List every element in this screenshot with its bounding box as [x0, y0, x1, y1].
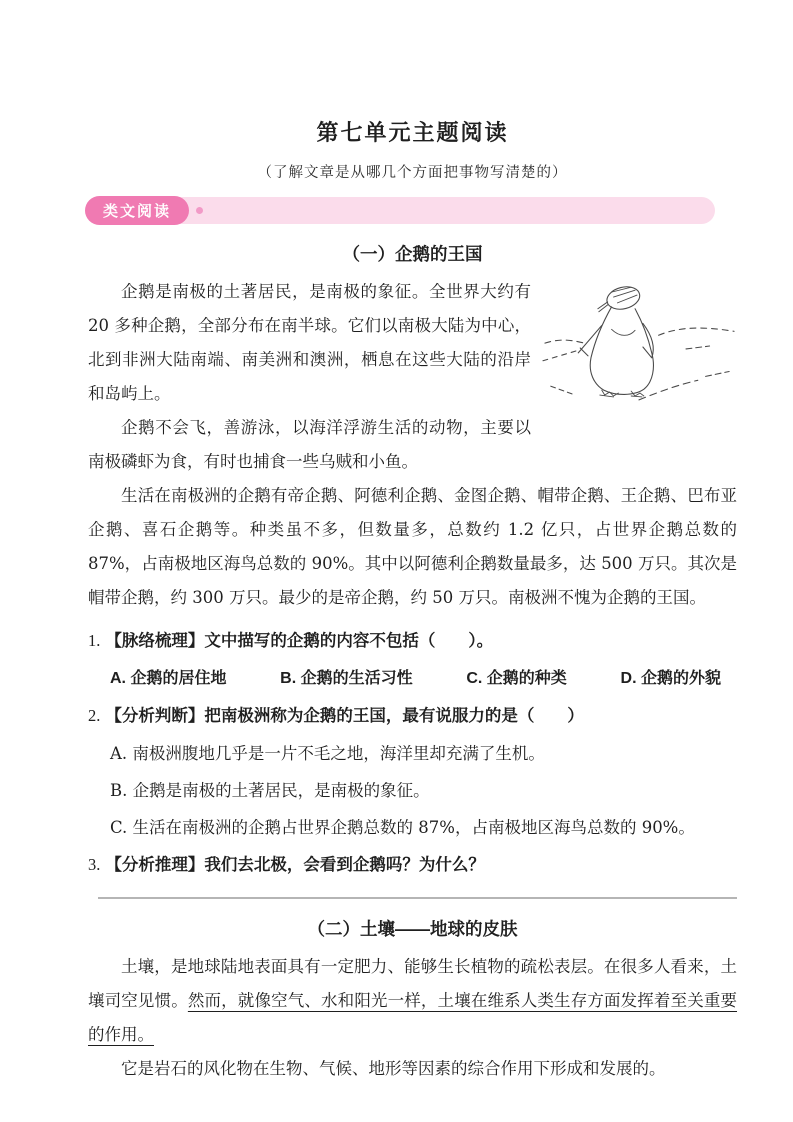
penguin-illustration — [541, 277, 737, 417]
section-divider — [98, 897, 737, 899]
question-2-option-a: A. 南极洲腹地几乎是一片不毛之地，海洋里却充满了生机。 — [88, 740, 737, 767]
question-3-number: 3. — [88, 855, 100, 874]
question-3-stem: 我们去北极，会看到企鹅吗？为什么？ — [204, 856, 485, 874]
passage-2-heading: （二）土壤——地球的皮肤 — [88, 916, 737, 941]
question-1-option-a: A. 企鹅的居住地 — [110, 665, 226, 692]
question-1-number: 1. — [88, 631, 100, 650]
page-subtitle: （了解文章是从哪几个方面把事物写清楚的） — [88, 161, 737, 182]
question-1-stem: 文中描写的企鹅的内容不包括（ ）。 — [204, 632, 493, 650]
question-2-number: 2. — [88, 706, 100, 725]
question-1: 1.【脉络梳理】文中描写的企鹅的内容不包括（ ）。 — [88, 627, 737, 655]
question-1-option-c: C. 企鹅的种类 — [466, 665, 566, 692]
passage-1-heading: （一）企鹅的王国 — [88, 241, 737, 266]
passage-1-questions: 1.【脉络梳理】文中描写的企鹅的内容不包括（ ）。 A. 企鹅的居住地 B. 企… — [88, 627, 737, 879]
passage-1-paragraph-2: 企鹅不会飞，善游泳，以海洋浮游生活的动物，主要以南极磷虾为食，有时也捕食一些乌贼… — [88, 411, 737, 479]
question-2-tag: 【分析判断】 — [105, 707, 204, 725]
page-title: 第七单元主题阅读 — [88, 116, 737, 147]
question-2-stem: 把南极洲称为企鹅的王国，最有说服力的是（ ） — [204, 707, 584, 725]
section-banner: 类文阅读 — [85, 197, 715, 224]
question-3-tag: 【分析推理】 — [105, 856, 204, 874]
worksheet-page: 第七单元主题阅读 （了解文章是从哪几个方面把事物写清楚的） 类文阅读 （一）企鹅… — [0, 0, 793, 1122]
passage-2-paragraph-2: 它是岩石的风化物在生物、气候、地形等因素的综合作用下形成和发展的。 — [88, 1052, 737, 1086]
badge-dot-icon — [196, 207, 203, 214]
reading-type-badge: 类文阅读 — [85, 196, 189, 225]
question-3: 3.【分析推理】我们去北极，会看到企鹅吗？为什么？ — [88, 851, 737, 879]
question-2-option-c: C. 生活在南极洲的企鹅占世界企鹅总数的 87%，占南极地区海鸟总数的 90%。 — [88, 814, 737, 841]
question-1-tag: 【脉络梳理】 — [105, 632, 204, 650]
passage-1-body: 企鹅是南极的土著居民，是南极的象征。全世界大约有 20 多种企鹅，全部分布在南半… — [88, 275, 737, 615]
question-1-option-b: B. 企鹅的生活习性 — [280, 665, 412, 692]
passage-2-body: 土壤，是地球陆地表面具有一定肥力、能够生长植物的疏松表层。在很多人看来，土壤司空… — [88, 950, 737, 1086]
question-1-option-d: D. 企鹅的外貌 — [621, 665, 721, 692]
question-2: 2.【分析判断】把南极洲称为企鹅的王国，最有说服力的是（ ） — [88, 702, 737, 730]
question-2-option-b: B. 企鹅是南极的土著居民，是南极的象征。 — [88, 777, 737, 804]
passage-2-paragraph-1: 土壤，是地球陆地表面具有一定肥力、能够生长植物的疏松表层。在很多人看来，土壤司空… — [88, 950, 737, 1052]
passage-1-paragraph-3: 生活在南极洲的企鹅有帝企鹅、阿德利企鹅、金图企鹅、帽带企鹅、王企鹅、巴布亚企鹅、… — [88, 479, 737, 615]
question-1-options: A. 企鹅的居住地 B. 企鹅的生活习性 C. 企鹅的种类 D. 企鹅的外貌 — [88, 665, 737, 692]
